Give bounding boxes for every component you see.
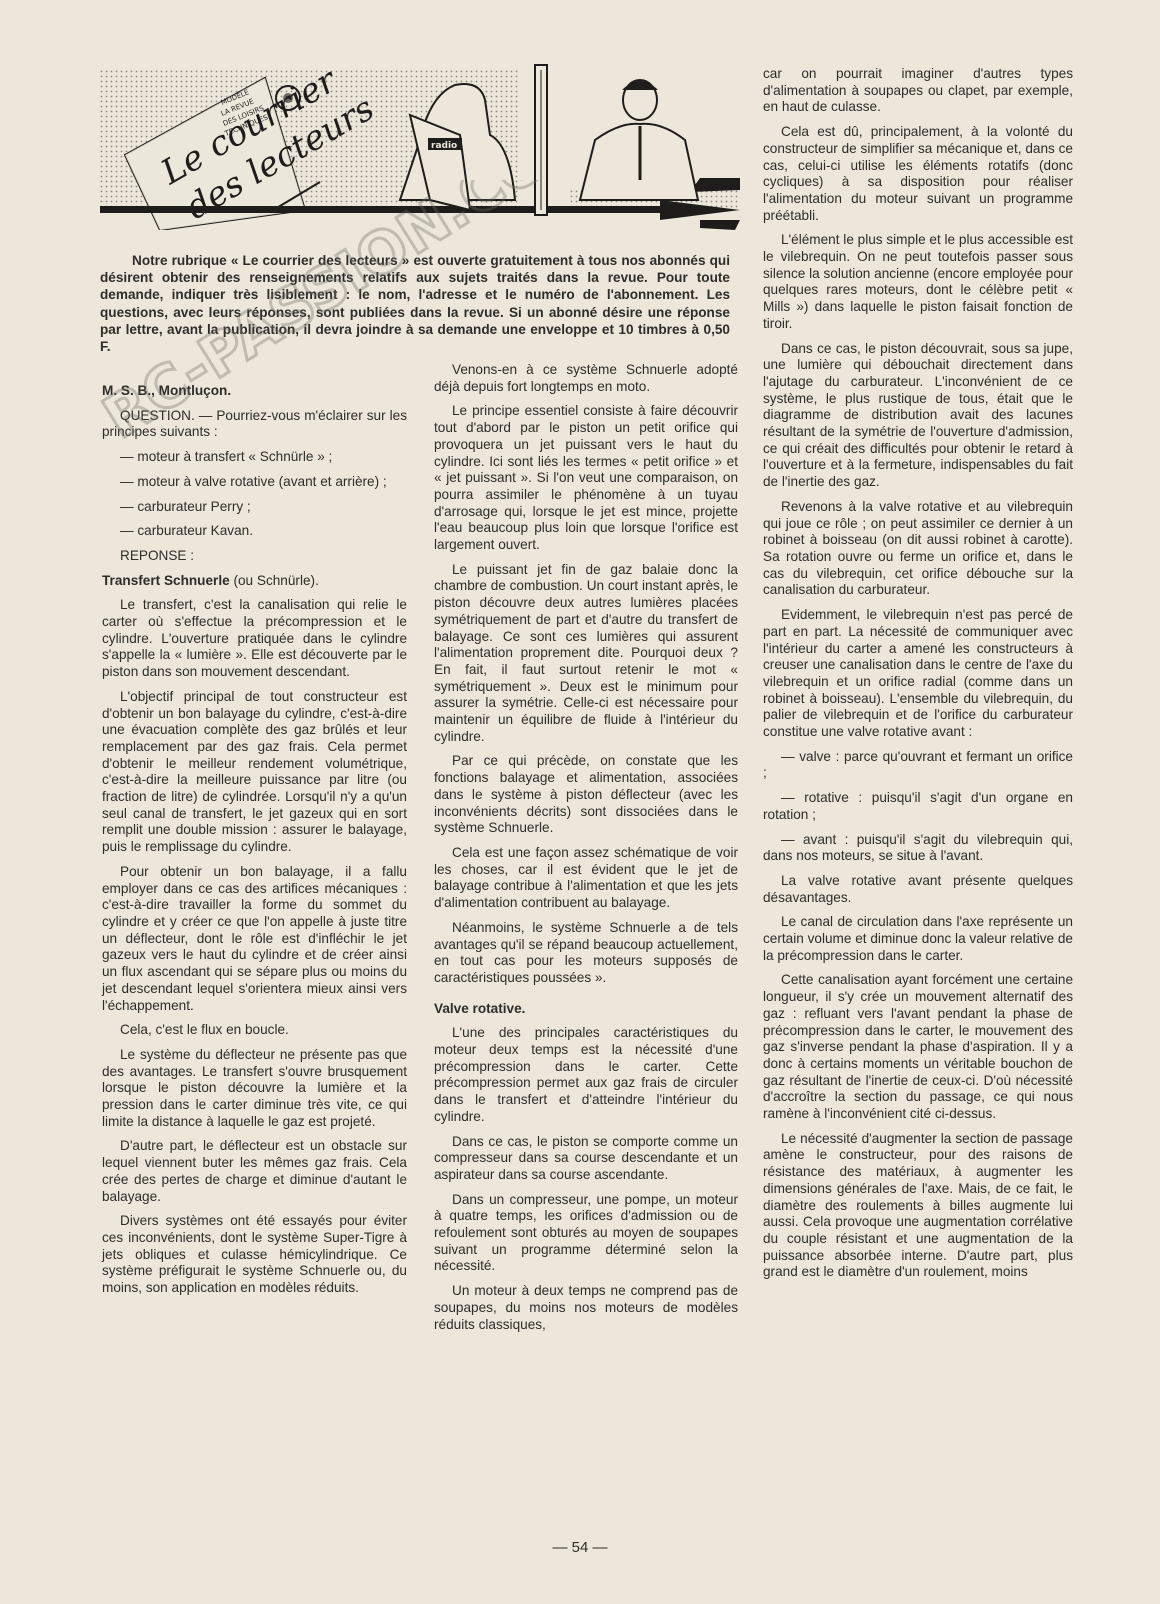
- header-illustration: MODÈLE LA REVUE DES LOISIRS TECHNIQUES L…: [100, 60, 740, 230]
- paragraph: D'autre part, le déflecteur est un obsta…: [102, 1138, 407, 1205]
- question-item: — moteur à valve rotative (avant et arri…: [102, 474, 407, 491]
- paragraph: Par ce qui précède, on constate que les …: [434, 753, 738, 837]
- paragraph: Pour obtenir un bon balayage, il a fallu…: [102, 864, 407, 1014]
- paragraph: Divers systèmes ont été essayés pour évi…: [102, 1213, 407, 1297]
- paragraph: Le canal de circulation dans l'axe repré…: [763, 914, 1073, 964]
- question-item: — moteur à transfert « Schnürle » ;: [102, 449, 407, 466]
- paragraph: Cela est une façon assez schématique de …: [434, 845, 738, 912]
- paragraph: Revenons à la valve rotative et au vileb…: [763, 499, 1073, 599]
- paragraph: Le système du déflecteur ne présente pas…: [102, 1047, 407, 1131]
- definition-item: — avant : puisqu'il s'agit du vilebrequi…: [763, 832, 1073, 865]
- paragraph: Dans ce cas, le piston se comporte comme…: [434, 1134, 738, 1184]
- paragraph: Cela est dû, principalement, à la volont…: [763, 124, 1073, 224]
- reponse-label: REPONSE :: [102, 548, 407, 565]
- paragraph: Dans ce cas, le piston découvrait, sous …: [763, 341, 1073, 491]
- paragraph: Evidemment, le vilebrequin n'est pas per…: [763, 607, 1073, 741]
- column-2: Venons-en à ce système Schnuerle adopté …: [434, 362, 738, 1341]
- paragraph: Le principe essentiel consiste à faire d…: [434, 403, 738, 553]
- definition-item: — valve : parce qu'ouvrant et fermant un…: [763, 749, 1073, 782]
- column-3: car on pourrait imaginer d'autres types …: [763, 66, 1073, 1289]
- paragraph: Un moteur à deux temps ne comprend pas d…: [434, 1283, 738, 1333]
- column-1: M. S. B., Montluçon. QUESTION. — Pourrie…: [102, 383, 407, 1305]
- paragraph: Néanmoins, le système Schnuerle a de tel…: [434, 920, 738, 987]
- sender-line: M. S. B., Montluçon.: [102, 383, 407, 400]
- section-title: Valve rotative.: [434, 1001, 738, 1018]
- paragraph-continuation: car on pourrait imaginer d'autres types …: [763, 66, 1073, 116]
- paragraph: La valve rotative avant présente quelque…: [763, 873, 1073, 906]
- question-item: — carburateur Kavan.: [102, 523, 407, 540]
- paragraph: Le nécessité d'augmenter la section de p…: [763, 1131, 1073, 1281]
- magazine-page: MODÈLE LA REVUE DES LOISIRS TECHNIQUES L…: [0, 0, 1160, 1604]
- paragraph: Le transfert, c'est la canalisation qui …: [102, 597, 407, 681]
- magazine-label: radio: [431, 141, 457, 151]
- paragraph: Dans un compresseur, une pompe, un moteu…: [434, 1192, 738, 1276]
- section-title-suffix: (ou Schnürle).: [230, 573, 319, 588]
- section-heading: Transfert Schnuerle (ou Schnürle).: [102, 573, 407, 590]
- definition-item: — rotative : puisqu'il s'agit d'un organ…: [763, 790, 1073, 823]
- question-item: — carburateur Perry ;: [102, 499, 407, 516]
- paragraph: L'objectif principal de tout constructeu…: [102, 689, 407, 856]
- paragraph: Venons-en à ce système Schnuerle adopté …: [434, 362, 738, 395]
- intro-text: Notre rubrique « Le courrier des lecteur…: [100, 252, 730, 355]
- paragraph: Cette canalisation ayant forcément une c…: [763, 972, 1073, 1122]
- paragraph: Cela, c'est le flux en boucle.: [102, 1022, 407, 1039]
- paragraph: L'élément le plus simple et le plus acce…: [763, 232, 1073, 332]
- section-title: Transfert Schnuerle: [102, 573, 230, 588]
- paragraph: Le puissant jet fin de gaz balaie donc l…: [434, 562, 738, 746]
- page-number: — 54 —: [0, 1539, 1160, 1556]
- intro-notice: Notre rubrique « Le courrier des lecteur…: [100, 252, 730, 355]
- question-text: QUESTION. — Pourriez-vous m'éclairer sur…: [102, 408, 407, 441]
- paragraph: L'une des principales caractéristiques d…: [434, 1025, 738, 1125]
